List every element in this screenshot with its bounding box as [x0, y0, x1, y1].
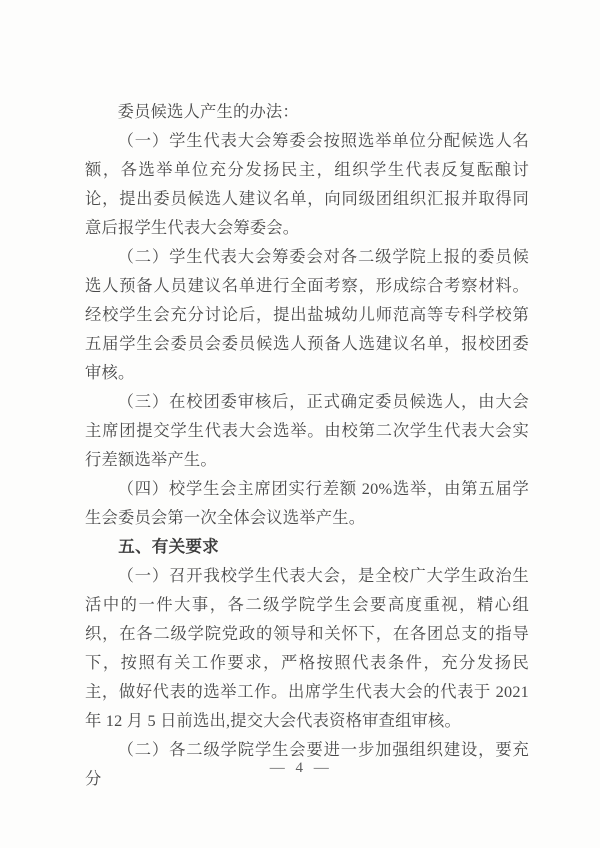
body-paragraph: （二）学生代表大会筹委会对各二级学院上报的委员候选人预备人员建议名单进行全面考察… — [85, 242, 529, 387]
page-number: — 4 — — [0, 757, 600, 779]
body-paragraph: （三）在校团委审核后，正式确定委员候选人，由大会主席团提交学生代表大会选举。由校… — [85, 387, 529, 474]
document-body: 委员候选人产生的办法：（一）学生代表大会筹委会按照选举单位分配候选人名额，各选举… — [85, 97, 529, 793]
body-paragraph: 委员候选人产生的办法： — [85, 97, 529, 126]
section-heading: 五、有关要求 — [85, 532, 529, 561]
body-paragraph: （一）学生代表大会筹委会按照选举单位分配候选人名额，各选举单位充分发扬民主，组织… — [85, 126, 529, 242]
body-paragraph: （一）召开我校学生代表大会，是全校广大学生政治生活中的一件大事，各二级学院学生会… — [85, 561, 529, 735]
body-paragraph: （四）校学生会主席团实行差额 20%选举，由第五届学生会委员会第一次全体会议选举… — [85, 474, 529, 532]
document-page: 委员候选人产生的办法：（一）学生代表大会筹委会按照选举单位分配候选人名额，各选举… — [0, 0, 600, 848]
